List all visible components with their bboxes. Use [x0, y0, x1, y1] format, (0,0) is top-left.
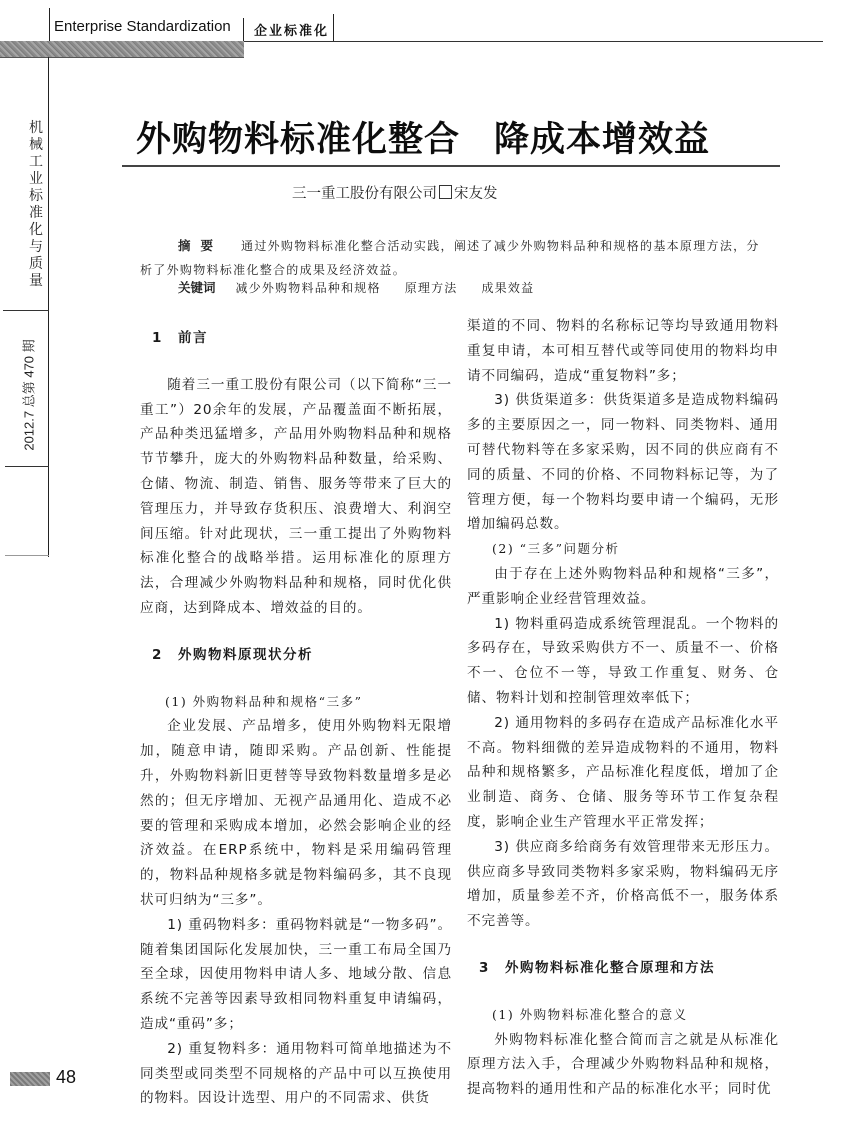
page-number-band — [10, 1072, 50, 1086]
paragraph: 企业发展、产品增多，使用外购物料无限增加，随意申请，随即采购。产品创新、性能提升… — [140, 714, 452, 912]
sidebar-journal-name: 机械工业标准化与质量 — [28, 120, 44, 290]
subsection-heading: (1) 外购物料标准化整合的意义 — [467, 1003, 779, 1028]
paragraph-continued: 渠道的不同、物料的名称标记等均导致通用物料重复申请，本可相互替代或等同使用的物料… — [467, 314, 779, 388]
title-part-2: 降成本增效益 — [494, 120, 710, 160]
section-heading-1: 1前言 — [140, 326, 452, 351]
sidebar-divider — [3, 310, 49, 311]
header-shaded-band — [0, 41, 244, 57]
paragraph: 由于存在上述外购物料品种和规格“三多”，严重影响企业经营管理效益。 — [467, 562, 779, 612]
paragraph: 1) 重码物料多：重码物料就是“一物多码”。随着集团国际化发展加快，三一重工布局… — [140, 913, 452, 1037]
separator-box-icon — [439, 185, 452, 199]
header-band-rule — [0, 57, 244, 58]
paragraph: 外购物料标准化整合简而言之就是从标准化原理方法入手，合理减少外购物料品种和规格，… — [467, 1028, 779, 1102]
body-column-right: 渠道的不同、物料的名称标记等均导致通用物料重复申请，本可相互替代或等同使用的物料… — [467, 314, 779, 1102]
paragraph: 3) 供应商多给商务有效管理带来无形压力。供应商多导致同类物料多家采购，物料编码… — [467, 835, 779, 934]
header-rule — [243, 41, 823, 42]
section-heading-3: 3外购物料标准化整合原理和方法 — [467, 956, 779, 981]
keywords-label: 关键词 — [140, 280, 216, 295]
author-line: 三一重工股份有限公司宋友发 — [292, 182, 498, 203]
title-part-1: 外购物料标准化整合 — [136, 120, 460, 160]
author-name: 宋友发 — [454, 186, 498, 202]
article-title: 外购物料标准化整合降成本增效益 — [136, 112, 710, 162]
keyword: 原理方法 — [405, 281, 458, 295]
keyword: 成果效益 — [481, 281, 534, 295]
sidebar-divider — [5, 555, 49, 556]
author-org: 三一重工股份有限公司 — [292, 186, 437, 202]
page-number: 48 — [56, 1067, 76, 1088]
header-separator — [243, 18, 244, 42]
keyword: 减少外购物料品种和规格 — [236, 281, 381, 295]
title-rule — [122, 165, 780, 167]
sidebar-issue-label: 2012.7 总第 470 期 — [19, 339, 38, 450]
journal-name-en: Enterprise Standardization — [54, 18, 231, 35]
subsection-heading: (2) “三多”问题分析 — [467, 537, 779, 562]
sidebar-rule — [48, 57, 49, 557]
header-left-rule — [49, 8, 50, 42]
paragraph: 2) 重复物料多：通用物料可简单地描述为不同类型或同类型不同规格的产品中可以互换… — [140, 1037, 452, 1111]
journal-section-cn: 企业标准化 — [254, 20, 329, 39]
paragraph: 2) 通用物料的多码存在造成产品标准化水平不高。物料细微的差异造成物料的不通用，… — [467, 711, 779, 835]
paragraph: 随着三一重工股份有限公司（以下简称“三一重工”）20余年的发展，产品覆盖面不断拓… — [140, 373, 452, 621]
paragraph: 3) 供货渠道多：供货渠道多是造成物料编码多的主要原因之一，同一物料、同类物料、… — [467, 388, 779, 537]
section-heading-2: 2外购物料原现状分析 — [140, 643, 452, 668]
body-column-left: 1前言 随着三一重工股份有限公司（以下简称“三一重工”）20余年的发展，产品覆盖… — [140, 326, 452, 1111]
keywords: 关键词 减少外购物料品种和规格 原理方法 成果效益 — [140, 278, 554, 296]
sidebar-divider — [5, 466, 49, 467]
abstract-text: 通过外购物料标准化整合活动实践，阐述了减少外购物料品种和规格的基本原理方法，分析… — [140, 239, 760, 277]
subsection-heading: (1) 外购物料品种和规格“三多” — [140, 690, 452, 715]
header-separator — [333, 14, 334, 42]
paragraph: 1) 物料重码造成系统管理混乱。一个物料的多码存在，导致采购供方不一、质量不一、… — [467, 612, 779, 711]
abstract-label: 摘要 — [140, 238, 223, 253]
abstract: 摘要通过外购物料标准化整合活动实践，阐述了减少外购物料品种和规格的基本原理方法，… — [140, 234, 770, 282]
sidebar-issue: 2012.7 总第 470 期 — [18, 330, 38, 460]
